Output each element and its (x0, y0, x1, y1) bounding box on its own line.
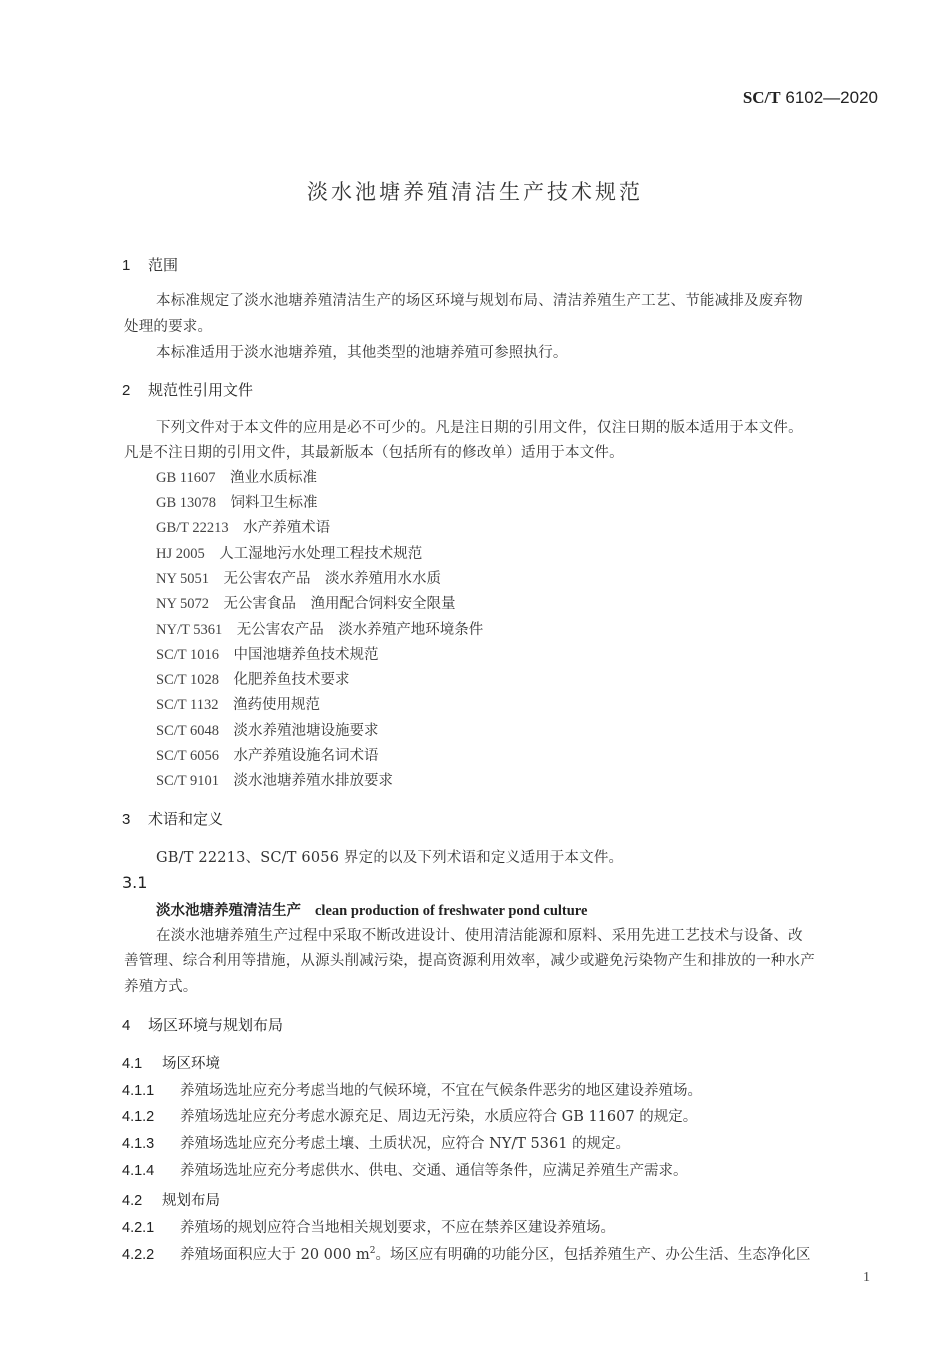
reference-item: GB 13078 饲料卫生标准 (156, 491, 318, 512)
section-2-heading: 2规范性引用文件 (122, 379, 253, 400)
section-4-heading: 4场区环境与规划布局 (122, 1014, 283, 1035)
reference-item: SC/T 1016 中国池塘养鱼技术规范 (156, 643, 378, 664)
term-heading: 淡水池塘养殖清洁生产clean production of freshwater… (156, 899, 587, 920)
clause-4-1-4: 4.1.4养殖场选址应充分考虑供水、供电、交通、通信等条件，应满足养殖生产需求。 (122, 1159, 688, 1180)
term-definition-line-1: 在淡水池塘养殖生产过程中采取不断改进设计、使用清洁能源和原料、采用先进工艺技术与… (156, 924, 803, 945)
section-1-heading: 1范围 (122, 254, 178, 275)
term-definition-line-3: 养殖方式。 (124, 975, 198, 996)
clause-4-1-3: 4.1.3养殖场选址应充分考虑土壤、土质状况，应符合 NY/T 5361 的规定… (122, 1132, 630, 1153)
section-1-paragraph-2: 本标准适用于淡水池塘养殖，其他类型的池塘养殖可参照执行。 (156, 341, 568, 362)
term-chinese: 淡水池塘养殖清洁生产 (156, 903, 301, 919)
reference-item: SC/T 6056 水产养殖设施名词术语 (156, 744, 378, 765)
page-number: 1 (863, 1270, 870, 1286)
reference-item: SC/T 1028 化肥养鱼技术要求 (156, 668, 349, 689)
reference-item: NY 5051 无公害农产品 淡水养殖用水水质 (156, 567, 441, 588)
reference-item: HJ 2005 人工湿地污水处理工程技术规范 (156, 542, 422, 563)
standard-prefix: SC/T (743, 88, 781, 107)
section-1-paragraph-1-line-2: 处理的要求。 (124, 315, 212, 336)
reference-item: NY/T 5361 无公害农产品 淡水养殖产地环境条件 (156, 618, 483, 639)
section-4-1-heading: 4.1场区环境 (122, 1052, 220, 1073)
term-number: 3.1 (122, 873, 147, 892)
clause-4-1-2: 4.1.2养殖场选址应充分考虑水源充足、周边无污染，水质应符合 GB 11607… (122, 1105, 697, 1126)
reference-item: SC/T 6048 淡水养殖池塘设施要求 (156, 719, 378, 740)
term-definition-line-2: 善管理、综合利用等措施，从源头削减污染，提高资源利用效率，减少或避免污染物产生和… (124, 949, 815, 970)
section-2-paragraph-line-1: 下列文件对于本文件的应用是必不可少的。凡是注日期的引用文件，仅注日期的版本适用于… (156, 416, 803, 437)
section-3-paragraph: GB/T 22213、SC/T 6056 界定的以及下列术语和定义适用于本文件。 (156, 846, 623, 867)
reference-item: SC/T 1132 渔药使用规范 (156, 693, 320, 714)
section-2-paragraph-line-2: 凡是不注日期的引用文件，其最新版本（包括所有的修改单）适用于本文件。 (124, 441, 624, 462)
reference-item: SC/T 9101 淡水池塘养殖水排放要求 (156, 769, 393, 790)
clause-4-1-1: 4.1.1养殖场选址应充分考虑当地的气候环境，不宜在气候条件恶劣的地区建设养殖场… (122, 1079, 702, 1100)
reference-item: GB/T 22213 水产养殖术语 (156, 516, 330, 537)
standard-code: SC/T 6102—2020 (743, 88, 878, 108)
section-1-paragraph-1-line-1: 本标准规定了淡水池塘养殖清洁生产的场区环境与规划布局、清洁养殖生产工艺、节能减排… (156, 289, 803, 310)
standard-number: 6102—2020 (785, 88, 878, 107)
reference-item: NY 5072 无公害食品 渔用配合饲料安全限量 (156, 592, 456, 613)
term-english: clean production of freshwater pond cult… (315, 903, 587, 919)
document-title: 淡水池塘养殖清洁生产技术规范 (0, 176, 950, 206)
section-4-2-heading: 4.2规划布局 (122, 1189, 220, 1210)
section-3-heading: 3术语和定义 (122, 808, 223, 829)
clause-4-2-2: 4.2.2养殖场面积应大于 20 000 m2。场区应有明确的功能分区，包括养殖… (122, 1243, 810, 1264)
reference-item: GB 11607 渔业水质标准 (156, 466, 317, 487)
clause-4-2-1: 4.2.1养殖场的规划应符合当地相关规划要求，不应在禁养区建设养殖场。 (122, 1216, 615, 1237)
